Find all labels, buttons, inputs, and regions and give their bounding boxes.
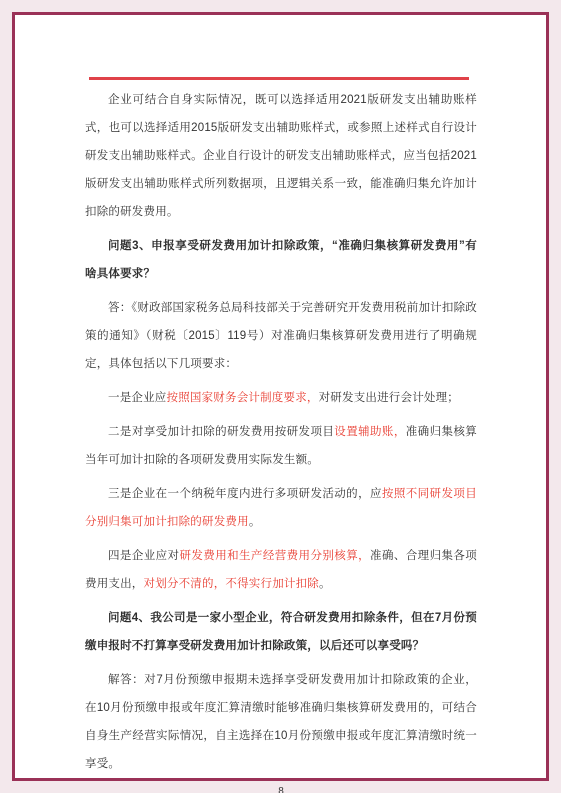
text-segment: 。 bbox=[249, 516, 261, 528]
text-segment: 四是企业应对 bbox=[108, 550, 179, 562]
page-number: 8 bbox=[85, 786, 477, 793]
text-segment: 。 bbox=[319, 578, 331, 590]
question-heading: 问题4、我公司是一家小型企业，符合研发费用扣除条件，但在7月份预缴申报时不打算享… bbox=[85, 604, 477, 660]
highlighted-text-segment: 对划分不清的，不得实行加计扣除 bbox=[144, 578, 320, 590]
text-segment: 一是企业应 bbox=[108, 392, 167, 404]
paragraph: 企业可结合自身实际情况，既可以选择适用2021版研发支出辅助账样式，也可以选择适… bbox=[85, 86, 477, 226]
question-heading: 问题3、申报享受研发费用加计扣除政策，“准确归集核算研发费用”有啥具体要求？ bbox=[85, 232, 477, 288]
paragraph: 二是对享受加计扣除的研发费用按研发项目设置辅助账，准确归集核算当年可加计扣除的各… bbox=[85, 418, 477, 474]
paragraph: 解答：对7月份预缴申报期未选择享受研发费用加计扣除政策的企业，在10月份预缴申报… bbox=[85, 666, 477, 778]
paragraph: 四是企业应对研发费用和生产经营费用分别核算，准确、合理归集各项费用支出，对划分不… bbox=[85, 542, 477, 598]
text-segment: 问题3、申报享受研发费用加计扣除政策，“准确归集核算研发费用”有啥具体要求？ bbox=[85, 240, 477, 280]
text-segment: 企业可结合自身实际情况，既可以选择适用2021版研发支出辅助账样式，也可以选择适… bbox=[85, 94, 477, 218]
text-segment: 答：《财政部国家税务总局科技部关于完善研究开发费用税前加计扣除政策的通知》（财税… bbox=[85, 302, 477, 370]
header-divider-line bbox=[89, 77, 469, 80]
highlighted-text-segment: 设置辅助账， bbox=[334, 426, 405, 438]
document-page: 企业可结合自身实际情况，既可以选择适用2021版研发支出辅助账样式，也可以选择适… bbox=[0, 0, 561, 793]
page-frame-border: 企业可结合自身实际情况，既可以选择适用2021版研发支出辅助账样式，也可以选择适… bbox=[12, 12, 549, 781]
text-segment: 二是对享受加计扣除的研发费用按研发项目 bbox=[108, 426, 334, 438]
highlighted-text-segment: 研发费用和生产经营费用分别核算， bbox=[179, 550, 370, 562]
text-segment: 解答：对7月份预缴申报期未选择享受研发费用加计扣除政策的企业，在10月份预缴申报… bbox=[85, 674, 477, 770]
highlighted-text-segment: 按照国家财务会计制度要求， bbox=[167, 392, 319, 404]
text-segment: 三是企业在一个纳税年度内进行多项研发活动的，应 bbox=[108, 488, 382, 500]
text-segment: 对研发支出进行会计处理； bbox=[319, 392, 459, 404]
document-body: 企业可结合自身实际情况，既可以选择适用2021版研发支出辅助账样式，也可以选择适… bbox=[85, 86, 477, 778]
text-segment: 问题4、我公司是一家小型企业，符合研发费用扣除条件，但在7月份预缴申报时不打算享… bbox=[85, 612, 477, 652]
paragraph: 一是企业应按照国家财务会计制度要求，对研发支出进行会计处理； bbox=[85, 384, 477, 412]
paragraph: 三是企业在一个纳税年度内进行多项研发活动的，应按照不同研发项目分别归集可加计扣除… bbox=[85, 480, 477, 536]
paragraph: 答：《财政部国家税务总局科技部关于完善研究开发费用税前加计扣除政策的通知》（财税… bbox=[85, 294, 477, 378]
